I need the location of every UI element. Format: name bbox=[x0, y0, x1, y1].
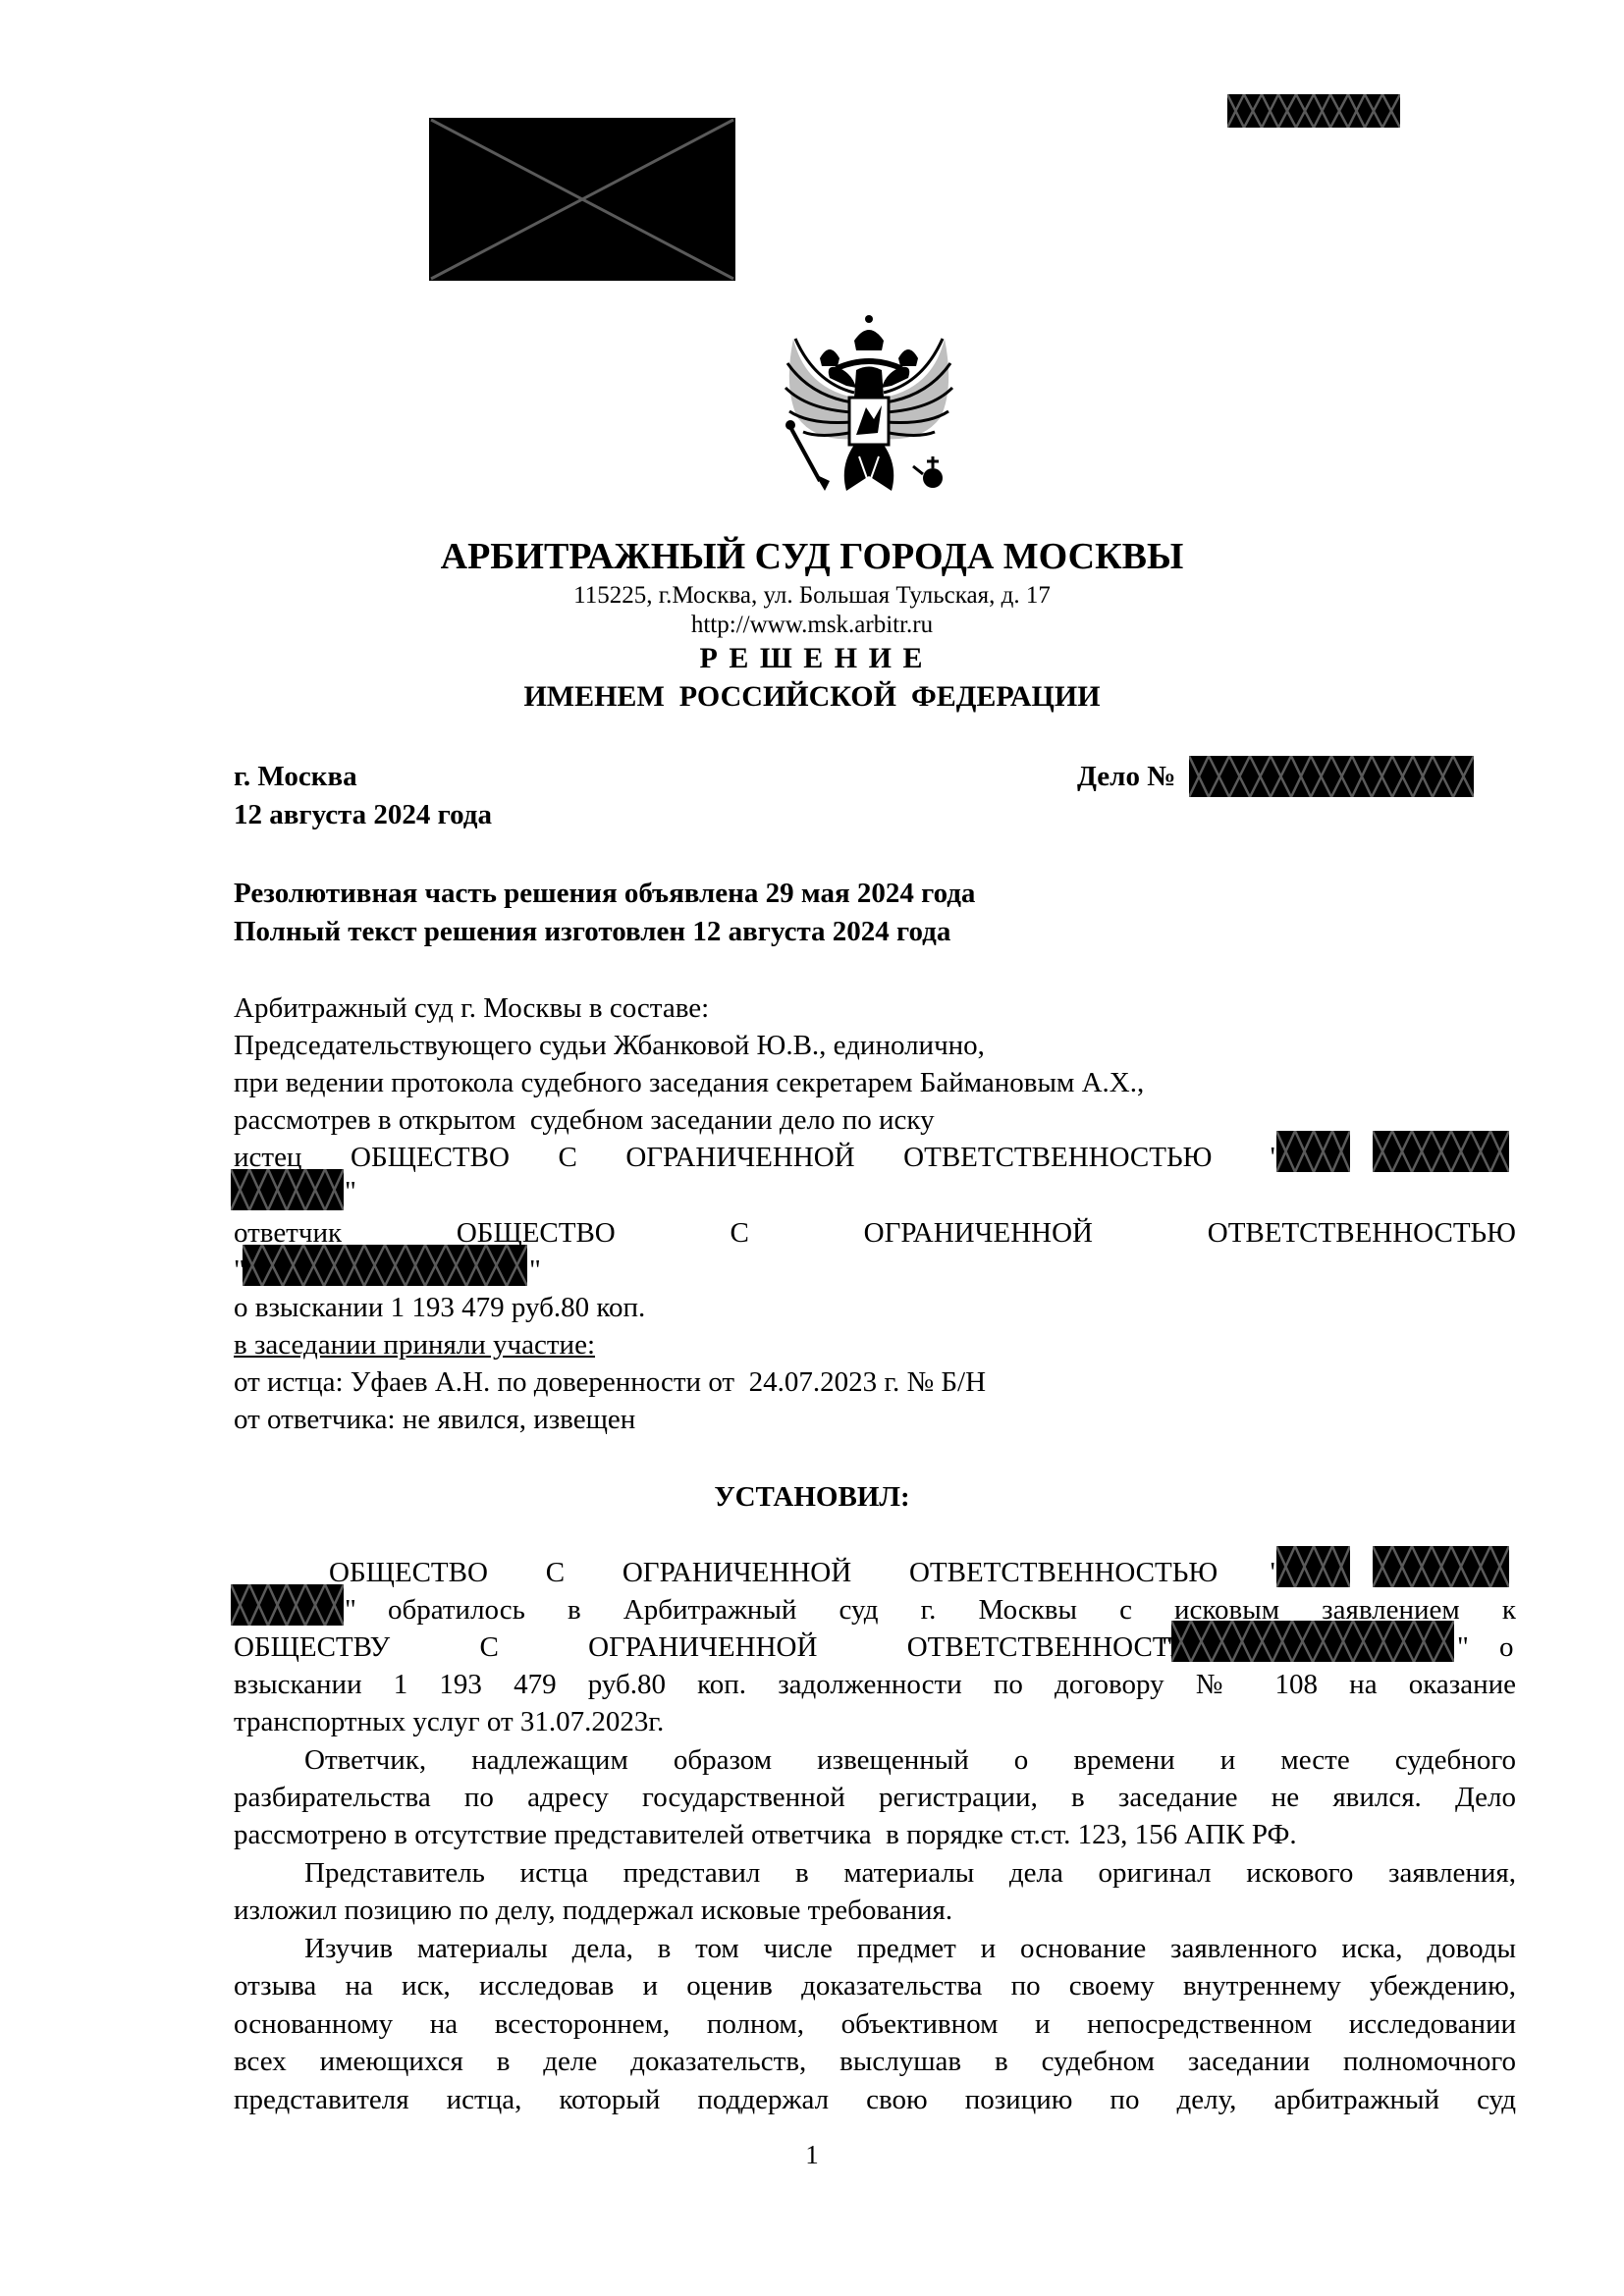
plaintiff-word-3: ОГРАНИЧЕННОЙ bbox=[625, 1139, 854, 1176]
russian-coat-of-arms-icon bbox=[776, 309, 962, 501]
defendant-word-3: ОГРАНИЧЕННОЙ bbox=[864, 1214, 1093, 1252]
document-type-title: Р Е Ш Е Н И Е bbox=[0, 641, 1624, 676]
court-website: http://www.msk.arbitr.ru bbox=[0, 611, 1624, 640]
redaction-box-case-number bbox=[1189, 756, 1474, 797]
established-p4-line-1: Изучив материалы дела, в том числе предм… bbox=[304, 1930, 1516, 1967]
court-address: 115225, г.Москва, ул. Большая Тульская, … bbox=[0, 581, 1624, 611]
plaintiff-word-2: С bbox=[558, 1139, 576, 1176]
redaction-box-plaintiff-name-1 bbox=[1276, 1131, 1350, 1172]
composition-line-3: при ведении протокола судебного заседани… bbox=[234, 1064, 1144, 1101]
word: ОТВЕТСТВЕННОСТЬЮ bbox=[909, 1554, 1218, 1591]
case-number-label: Дело № bbox=[1077, 758, 1175, 795]
redaction-box-claimant-name-1 bbox=[1276, 1546, 1350, 1587]
word: ОГРАНИЧЕННОЙ bbox=[588, 1629, 817, 1666]
page-number: 1 bbox=[0, 2138, 1624, 2171]
established-p2-line-1: Ответчик, надлежащим образом извещенный … bbox=[304, 1741, 1516, 1779]
redaction-box-top-right bbox=[1227, 94, 1400, 128]
established-p3-line-2: изложил позицию по делу, поддержал исков… bbox=[234, 1892, 952, 1929]
established-p3-line-1: Представитель истца представил в материа… bbox=[304, 1854, 1516, 1892]
established-p1-line-4: взыскании 1 193 479 руб.80 коп. задолжен… bbox=[234, 1666, 1516, 1703]
word: суд bbox=[839, 1591, 879, 1629]
defendant-word-2: С bbox=[731, 1214, 749, 1252]
word: обратилось bbox=[388, 1591, 525, 1629]
redaction-box-respondent-name bbox=[1171, 1621, 1454, 1662]
word: г. bbox=[921, 1591, 937, 1629]
redaction-box-defendant-name bbox=[243, 1245, 527, 1286]
word: Москвы bbox=[979, 1591, 1077, 1629]
word: к bbox=[1502, 1591, 1516, 1629]
established-p4-line-2: отзыва на иск, исследовав и оценив доказ… bbox=[234, 1967, 1516, 2004]
plaintiff-quote-close: " bbox=[345, 1173, 356, 1210]
participants-label: в заседании приняли участие: bbox=[234, 1326, 595, 1363]
word: ОГРАНИЧЕННОЙ bbox=[623, 1554, 851, 1591]
operative-part-date: Резолютивная часть решения объявлена 29 … bbox=[234, 875, 975, 912]
full-text-date: Полный текст решения изготовлен 12 авгус… bbox=[234, 913, 950, 950]
established-p2-line-2: разбирательства по адресу государственно… bbox=[234, 1779, 1516, 1816]
established-p4-line-5: представителя истца, который поддержал с… bbox=[234, 2081, 1516, 2118]
defendant-quote-close: " bbox=[529, 1252, 541, 1289]
composition-line-2: Председательствующего судьи Жбанковой Ю.… bbox=[234, 1027, 985, 1064]
word: ОБЩЕСТВУ bbox=[234, 1629, 390, 1666]
established-p2-line-3: рассмотрено в отсутствие представителей … bbox=[234, 1816, 1297, 1853]
plaintiff-word-4: ОТВЕТСТВЕННОСТЬЮ bbox=[903, 1139, 1212, 1176]
decision-date: 12 августа 2024 года bbox=[234, 796, 492, 833]
word: в bbox=[568, 1591, 581, 1629]
established-p1-line-5: транспортных услуг от 31.07.2023г. bbox=[234, 1703, 664, 1740]
defendant-representative: от ответчика: не явился, извещен bbox=[234, 1401, 635, 1438]
established-p1-line-3: ОБЩЕСТВУ С ОГРАНИЧЕННОЙ ОТВЕТСТВЕННОСТЬЮ bbox=[234, 1629, 1216, 1666]
composition-line-4: рассмотрев в открытом судебном заседании… bbox=[234, 1101, 935, 1139]
redaction-box-plaintiff-name-2 bbox=[1373, 1131, 1509, 1172]
established-p4-line-4: всех имеющихся в деле доказательств, выс… bbox=[234, 2043, 1516, 2080]
established-heading: УСТАНОВИЛ: bbox=[0, 1478, 1624, 1516]
word: С bbox=[479, 1629, 498, 1666]
city: г. Москва bbox=[234, 758, 357, 795]
redaction-box-barcode bbox=[429, 118, 735, 281]
plaintiff-word-1: ОБЩЕСТВО bbox=[351, 1139, 510, 1176]
in-the-name-of-rf: ИМЕНЕМ РОССИЙСКОЙ ФЕДЕРАЦИИ bbox=[0, 679, 1624, 715]
redaction-box-plaintiff-name-3 bbox=[231, 1169, 344, 1210]
court-name: АРБИТРАЖНЫЙ СУД ГОРОДА МОСКВЫ bbox=[0, 535, 1624, 578]
claimant-quote-close: " bbox=[345, 1591, 356, 1629]
word: Арбитражный bbox=[623, 1591, 797, 1629]
redaction-box-claimant-name-2 bbox=[1373, 1546, 1509, 1587]
defendant-word-4: ОТВЕТСТВЕННОСТЬЮ bbox=[1208, 1214, 1516, 1252]
established-p1-line-3-tail: о bbox=[1499, 1629, 1514, 1666]
plaintiff-representative: от истца: Уфаев А.Н. по доверенности от … bbox=[234, 1363, 986, 1401]
respondent-quote-close: " bbox=[1457, 1629, 1469, 1666]
claim-amount: о взыскании 1 193 479 руб.80 коп. bbox=[234, 1289, 645, 1326]
redaction-box-claimant-name-3 bbox=[231, 1584, 344, 1626]
composition-line-1: Арбитражный суд г. Москвы в составе: bbox=[234, 989, 709, 1027]
established-p4-line-3: основанному на всестороннем, полном, объ… bbox=[234, 2005, 1516, 2043]
word: с bbox=[1119, 1591, 1132, 1629]
word: ОБЩЕСТВО bbox=[329, 1554, 488, 1591]
word: С bbox=[546, 1554, 565, 1591]
